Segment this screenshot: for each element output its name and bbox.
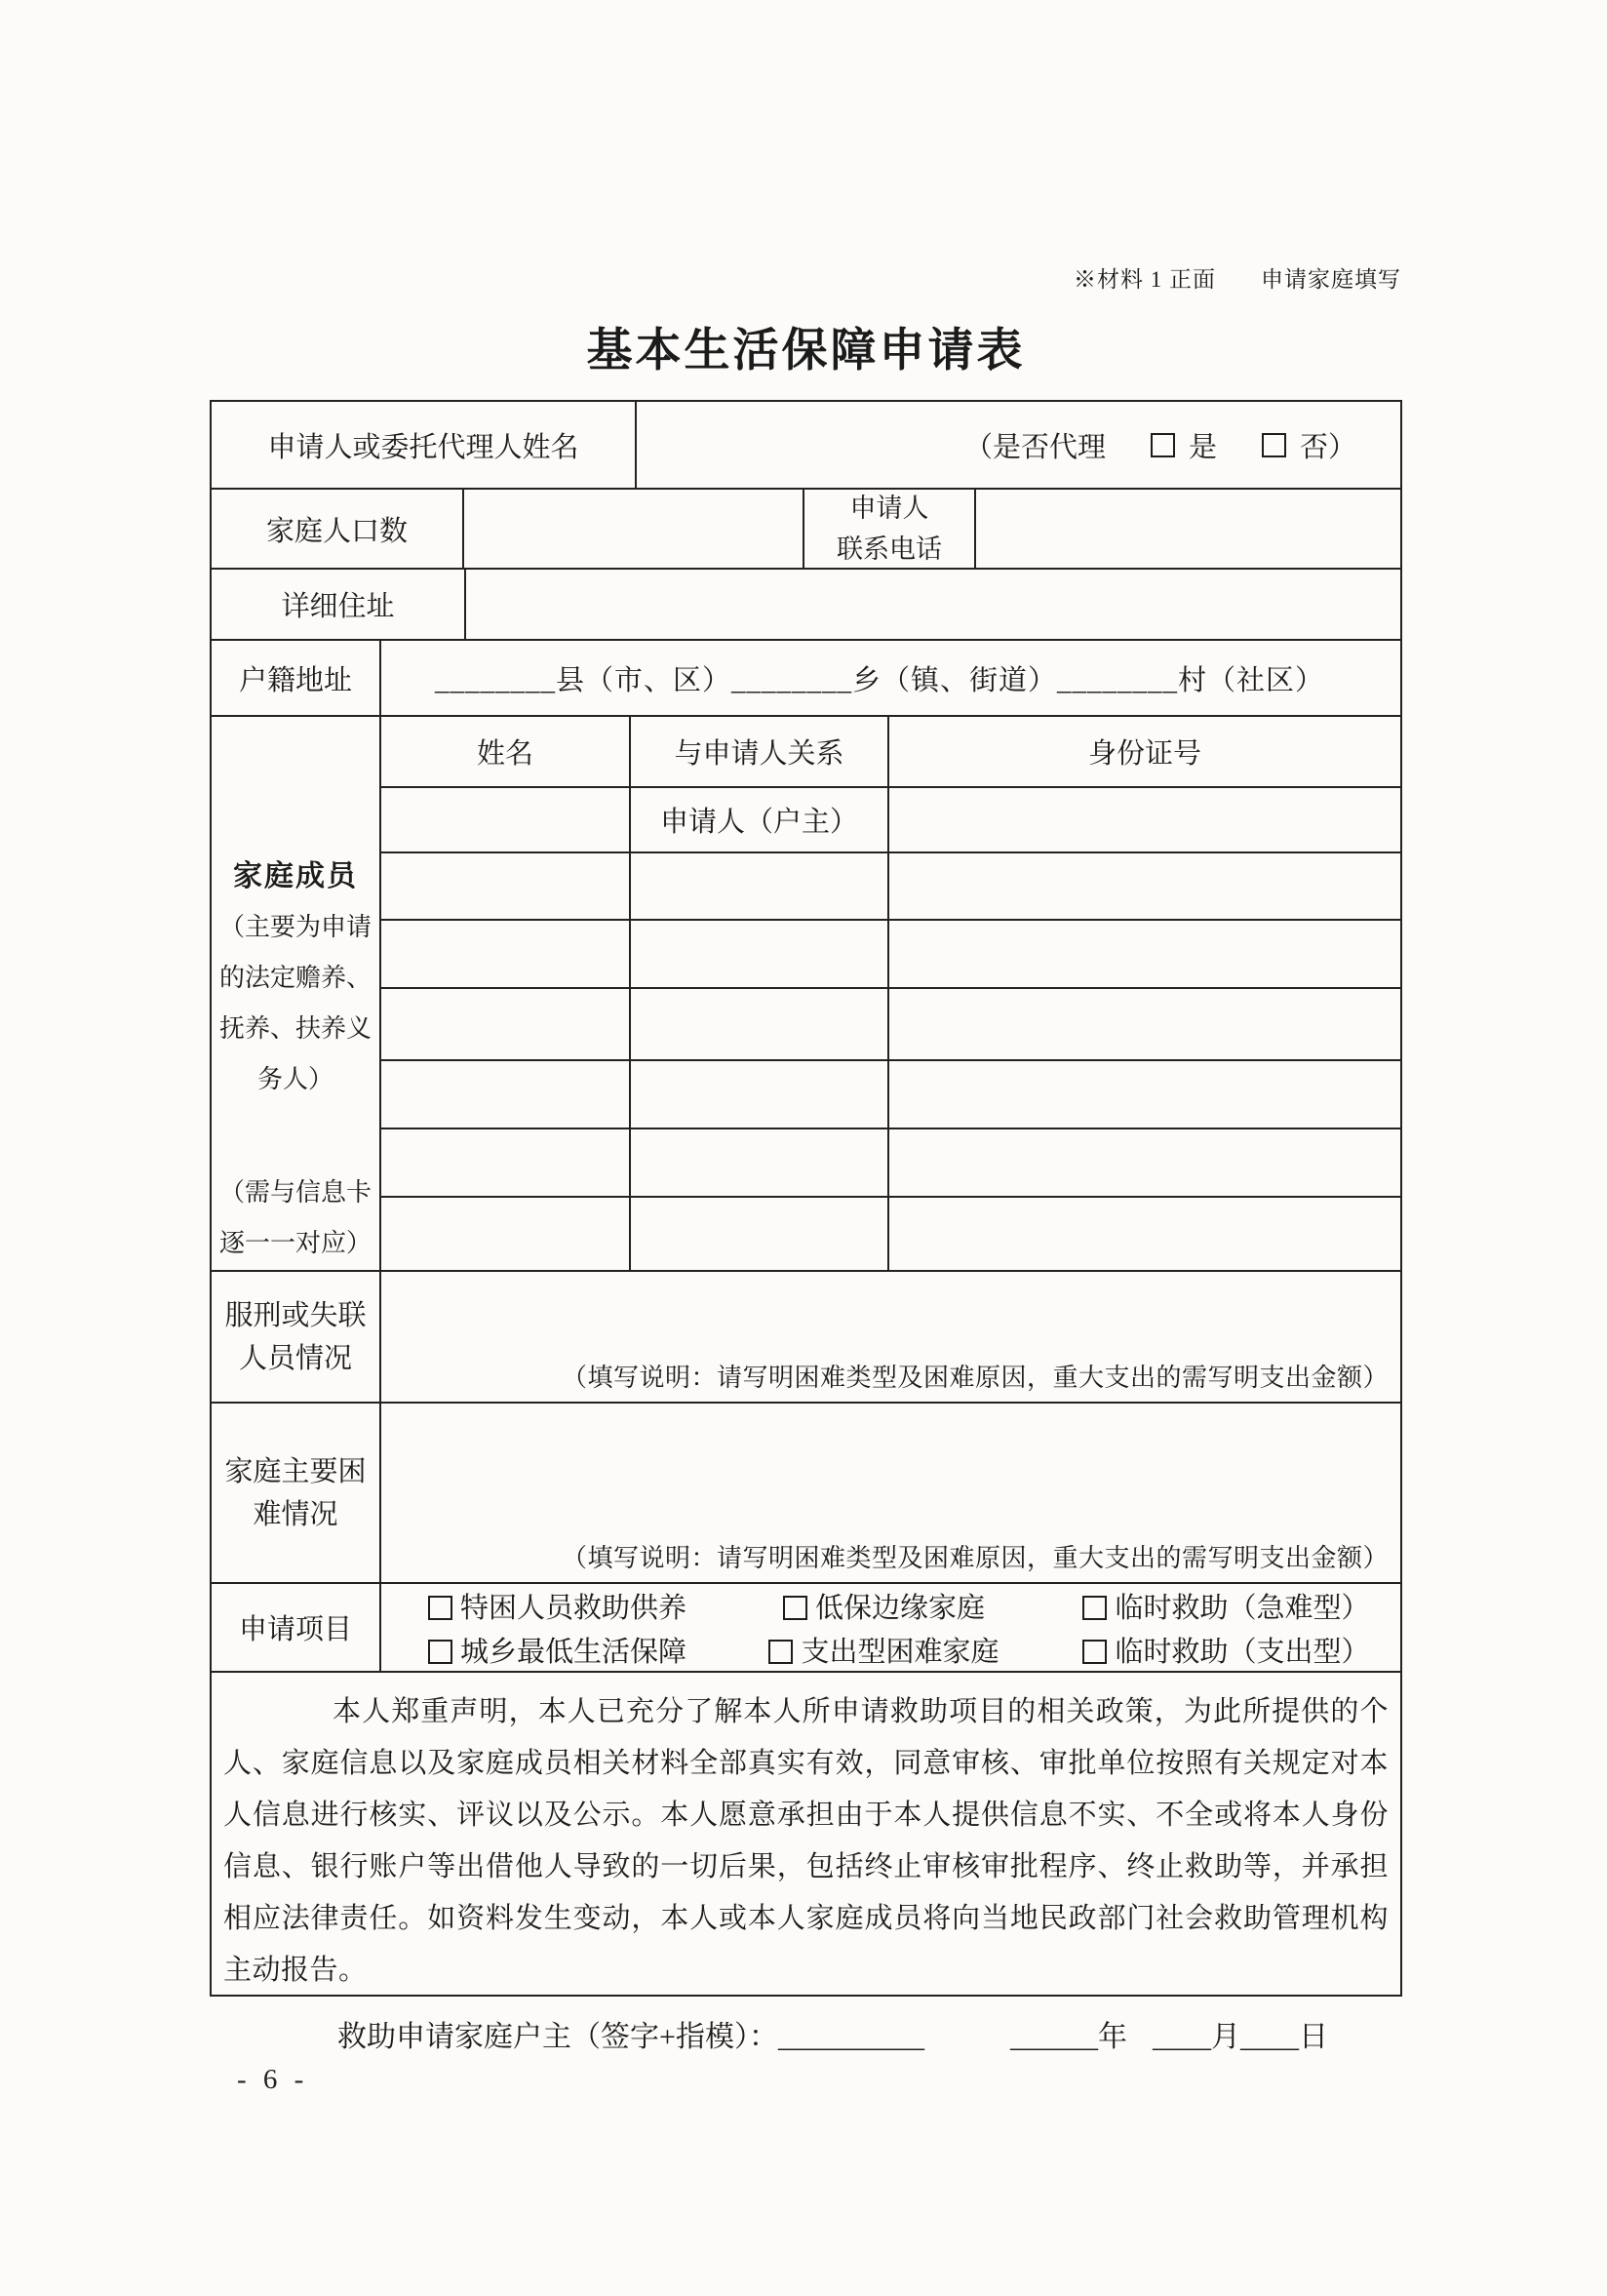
col-header-relation: 与申请人关系	[631, 717, 889, 786]
signature-blank: __________	[778, 2021, 924, 2053]
header-note-filler: 申请家庭填写	[1261, 261, 1401, 294]
phone-label: 申请人 联系电话	[804, 490, 976, 568]
family-members-subtable: 姓名 与申请人关系 身份证号 申请人（户主）	[381, 717, 1400, 1270]
agent-no-label: 否）	[1300, 425, 1356, 465]
apply-items-options: 特困人员救助供养 低保边缘家庭 临时救助（急难型） 城乡最低生活保障 支出型困难…	[381, 1584, 1400, 1671]
name-field	[381, 1198, 631, 1270]
family-row-empty	[381, 921, 1400, 989]
family-row-empty	[381, 1129, 1400, 1199]
relation-field	[631, 1129, 889, 1197]
row-apply-items: 申请项目 特困人员救助供养 低保边缘家庭 临时救助（急难型） 城乡最低生活保障 …	[212, 1584, 1400, 1673]
col-header-id: 身份证号	[889, 717, 1400, 786]
id-field	[889, 1129, 1400, 1197]
agent-question-prefix: （是否代理	[964, 425, 1106, 465]
declaration-text: 本人郑重声明，本人已充分了解本人所申请救助项目的相关政策，为此所提供的个人、家庭…	[223, 1686, 1389, 1997]
row-difficulty: 家庭主要困难情况 （填写说明：请写明困难类型及困难原因，重大支出的需写明支出金额…	[212, 1404, 1400, 1584]
checkbox-icon	[1082, 1640, 1107, 1664]
family-members-note1: （主要为申请的法定赡养、抚养、扶养义务人）	[217, 902, 373, 1105]
relation-field	[631, 1198, 889, 1270]
checkbox-icon	[783, 1596, 807, 1620]
header-note: ※材料 1 正面 申请家庭填写	[1074, 261, 1401, 294]
page-title: 基本生活保障申请表	[210, 314, 1402, 379]
date-month-blank: ____	[1153, 2021, 1211, 2053]
checkbox-icon	[768, 1640, 793, 1664]
name-field	[381, 853, 631, 920]
hukou-label: 户籍地址	[212, 641, 381, 715]
prison-fill-note: （填写说明：请写明困难类型及困难原因，重大支出的需写明支出金额）	[562, 1358, 1389, 1394]
signature-label: 救助申请家庭户主（签字+指模）：	[337, 2021, 778, 2053]
name-field	[381, 1129, 631, 1197]
relation-field	[631, 1061, 889, 1128]
family-header-row: 姓名 与申请人关系 身份证号	[381, 717, 1400, 788]
family-row-empty	[381, 1198, 1400, 1270]
id-field	[889, 1198, 1400, 1270]
family-members-title: 家庭成员	[233, 851, 358, 894]
apply-options-line2: 城乡最低生活保障 支出型困难家庭 临时救助（支出型）	[399, 1630, 1400, 1670]
date-month-label: 月	[1211, 2021, 1240, 2053]
family-row-empty	[381, 1061, 1400, 1129]
date-year-blank: ______	[1010, 2021, 1098, 2053]
agent-no-checkbox-icon	[1262, 433, 1286, 457]
relation-field	[631, 921, 889, 987]
address-label: 详细住址	[212, 570, 466, 639]
checkbox-icon	[428, 1596, 452, 1620]
household-size-field	[464, 490, 804, 568]
option-linshi-jinan: 临时救助（急难型）	[1052, 1586, 1400, 1626]
family-members-label: 家庭成员 （主要为申请的法定赡养、抚养、扶养义务人） （需与信息卡逐一一对应）	[212, 717, 381, 1270]
date-day-label: 日	[1299, 2021, 1328, 2053]
name-field	[381, 921, 631, 987]
family-row-empty	[381, 853, 1400, 922]
row-address: 详细住址	[212, 570, 1400, 641]
prison-missing-label: 服刑或失联人员情况	[212, 1272, 381, 1402]
id-field	[889, 1061, 1400, 1128]
difficulty-label: 家庭主要困难情况	[212, 1404, 381, 1582]
phone-label-line1: 申请人	[837, 488, 942, 529]
household-size-label: 家庭人口数	[212, 490, 464, 568]
application-form-table: 申请人或委托代理人姓名 （是否代理 是 否） 家庭人口数 申请人 联系电话	[210, 400, 1402, 1997]
relation-field	[631, 853, 889, 920]
applicant-name-label: 申请人或委托代理人姓名	[212, 402, 637, 488]
family-members-note2: （需与信息卡逐一一对应）	[217, 1168, 373, 1269]
phone-field	[976, 490, 1400, 568]
relation-field	[631, 989, 889, 1059]
id-field	[889, 921, 1400, 987]
row-household: 家庭人口数 申请人 联系电话	[212, 490, 1400, 570]
col-header-name: 姓名	[381, 717, 631, 786]
option-zhichuxing: 支出型困难家庭	[716, 1630, 1052, 1670]
signature-line: 救助申请家庭户主（签字+指模）：________________年____月__…	[221, 2012, 1391, 2055]
row-family-members: 家庭成员 （主要为申请的法定赡养、抚养、扶养义务人） （需与信息卡逐一一对应） …	[212, 717, 1400, 1272]
difficulty-fill-note: （填写说明：请写明困难类型及困难原因，重大支出的需写明支出金额）	[562, 1538, 1389, 1574]
row-prison-missing: 服刑或失联人员情况 （填写说明：请写明困难类型及困难原因，重大支出的需写明支出金…	[212, 1272, 1400, 1404]
phone-label-line2: 联系电话	[837, 529, 942, 570]
header-note-material: ※材料 1 正面	[1074, 261, 1216, 294]
holder-name-field	[381, 788, 631, 851]
checkbox-icon	[428, 1640, 452, 1664]
option-chengxiang-dibao: 城乡最低生活保障	[399, 1630, 716, 1670]
row-declaration: 本人郑重声明，本人已充分了解本人所申请救助项目的相关政策，为此所提供的个人、家庭…	[212, 1673, 1400, 1995]
declaration-cell: 本人郑重声明，本人已充分了解本人所申请救助项目的相关政策，为此所提供的个人、家庭…	[212, 1673, 1400, 1995]
family-row-empty	[381, 989, 1400, 1061]
row-applicant-name: 申请人或委托代理人姓名 （是否代理 是 否）	[212, 402, 1400, 490]
date-day-blank: ____	[1240, 2021, 1299, 2053]
name-field	[381, 1061, 631, 1128]
scanned-form-page: ※材料 1 正面 申请家庭填写 基本生活保障申请表 申请人或委托代理人姓名 （是…	[0, 0, 1607, 2296]
applicant-name-field: （是否代理 是 否）	[637, 402, 1400, 488]
id-field	[889, 989, 1400, 1059]
option-dibao-byuan: 低保边缘家庭	[716, 1586, 1052, 1626]
apply-options-line1: 特困人员救助供养 低保边缘家庭 临时救助（急难型）	[399, 1586, 1400, 1626]
date-year-label: 年	[1098, 2021, 1127, 2053]
apply-items-label: 申请项目	[212, 1584, 381, 1671]
difficulty-field: （填写说明：请写明困难类型及困难原因，重大支出的需写明支出金额）	[381, 1404, 1400, 1582]
id-field	[889, 853, 1400, 920]
holder-id-field	[889, 788, 1400, 851]
option-tekun: 特困人员救助供养	[399, 1586, 716, 1626]
holder-relation-text: 申请人（户主）	[631, 788, 889, 851]
address-field	[466, 570, 1400, 639]
prison-missing-field: （填写说明：请写明困难类型及困难原因，重大支出的需写明支出金额）	[381, 1272, 1400, 1402]
checkbox-icon	[1082, 1596, 1107, 1620]
row-hukou: 户籍地址 ________县（市、区）________乡（镇、街道）______…	[212, 641, 1400, 717]
family-row-holder: 申请人（户主）	[381, 788, 1400, 853]
hukou-template-text: ________县（市、区）________乡（镇、街道）________村（社…	[381, 641, 1400, 715]
name-field	[381, 989, 631, 1059]
agent-yes-label: 是	[1189, 425, 1217, 465]
page-number: - 6 -	[237, 2064, 308, 2096]
agent-yes-checkbox-icon	[1151, 433, 1175, 457]
option-linshi-zhichu: 临时救助（支出型）	[1052, 1630, 1400, 1670]
